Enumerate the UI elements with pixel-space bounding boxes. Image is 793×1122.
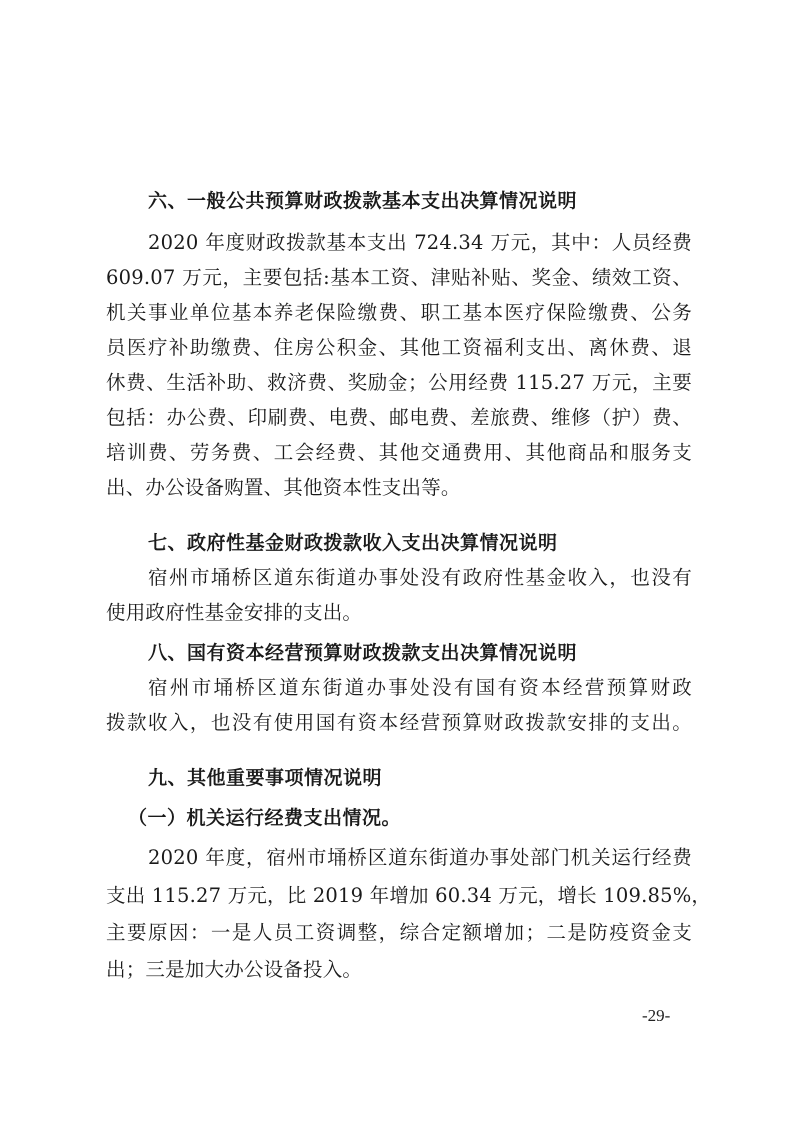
paragraph-last-line: 出、办公设备购置、其他资本性支出等。 bbox=[106, 476, 692, 500]
paragraph-first-line: 2020 年度，宿州市埇桥区道东街道办事处部门机关运行经费 bbox=[148, 846, 692, 870]
paragraph-line: 机关事业单位基本养老保险缴费、职工基本医疗保险缴费、公务 bbox=[106, 301, 692, 325]
paragraph-first-line: 宿州市埇桥区道东街道办事处没有政府性基金收入，也没有 bbox=[148, 566, 692, 590]
paragraph-line: 员医疗补助缴费、住房公积金、其他工资福利支出、离休费、退 bbox=[106, 336, 692, 360]
paragraph-line: 培训费、劳务费、工会经费、其他交通费用、其他商品和服务支 bbox=[106, 441, 692, 465]
paragraph-first-line: 2020 年度财政拨款基本支出 724.34 万元，其中：人员经费 bbox=[148, 231, 692, 255]
paragraph-last-line: 出；三是加大办公设备投入。 bbox=[106, 958, 692, 982]
section-heading: 六、一般公共预算财政拨款基本支出决算情况说明 bbox=[148, 189, 692, 213]
paragraph-line: 休费、生活补助、救济费、奖励金；公用经费 115.27 万元，主要 bbox=[106, 371, 692, 395]
page-number: -29- bbox=[642, 1006, 670, 1026]
section-heading: 八、国有资本经营预算财政拨款支出决算情况说明 bbox=[148, 641, 692, 665]
subsection-heading: （一）机关运行经费支出情况。 bbox=[128, 806, 688, 830]
document-page: 六、一般公共预算财政拨款基本支出决算情况说明2020 年度财政拨款基本支出 72… bbox=[0, 0, 793, 1122]
paragraph-line: 拨款收入，也没有使用国有资本经营预算财政拨款安排的支出。 bbox=[106, 711, 692, 735]
paragraph-line: 609.07 万元，主要包括:基本工资、津贴补贴、奖金、绩效工资、 bbox=[106, 266, 692, 290]
paragraph-first-line: 宿州市埇桥区道东街道办事处没有国有资本经营预算财政 bbox=[148, 676, 692, 700]
section-heading: 九、其他重要事项情况说明 bbox=[148, 766, 692, 790]
paragraph-line: 支出 115.27 万元，比 2019 年增加 60.34 万元，增长 109.… bbox=[106, 884, 692, 908]
paragraph-last-line: 使用政府性基金安排的支出。 bbox=[106, 601, 692, 625]
paragraph-line: 主要原因：一是人员工资调整，综合定额增加；二是防疫资金支 bbox=[106, 921, 692, 945]
section-heading: 七、政府性基金财政拨款收入支出决算情况说明 bbox=[148, 531, 692, 555]
paragraph-line: 包括：办公费、印刷费、电费、邮电费、差旅费、维修（护）费、 bbox=[106, 406, 692, 430]
